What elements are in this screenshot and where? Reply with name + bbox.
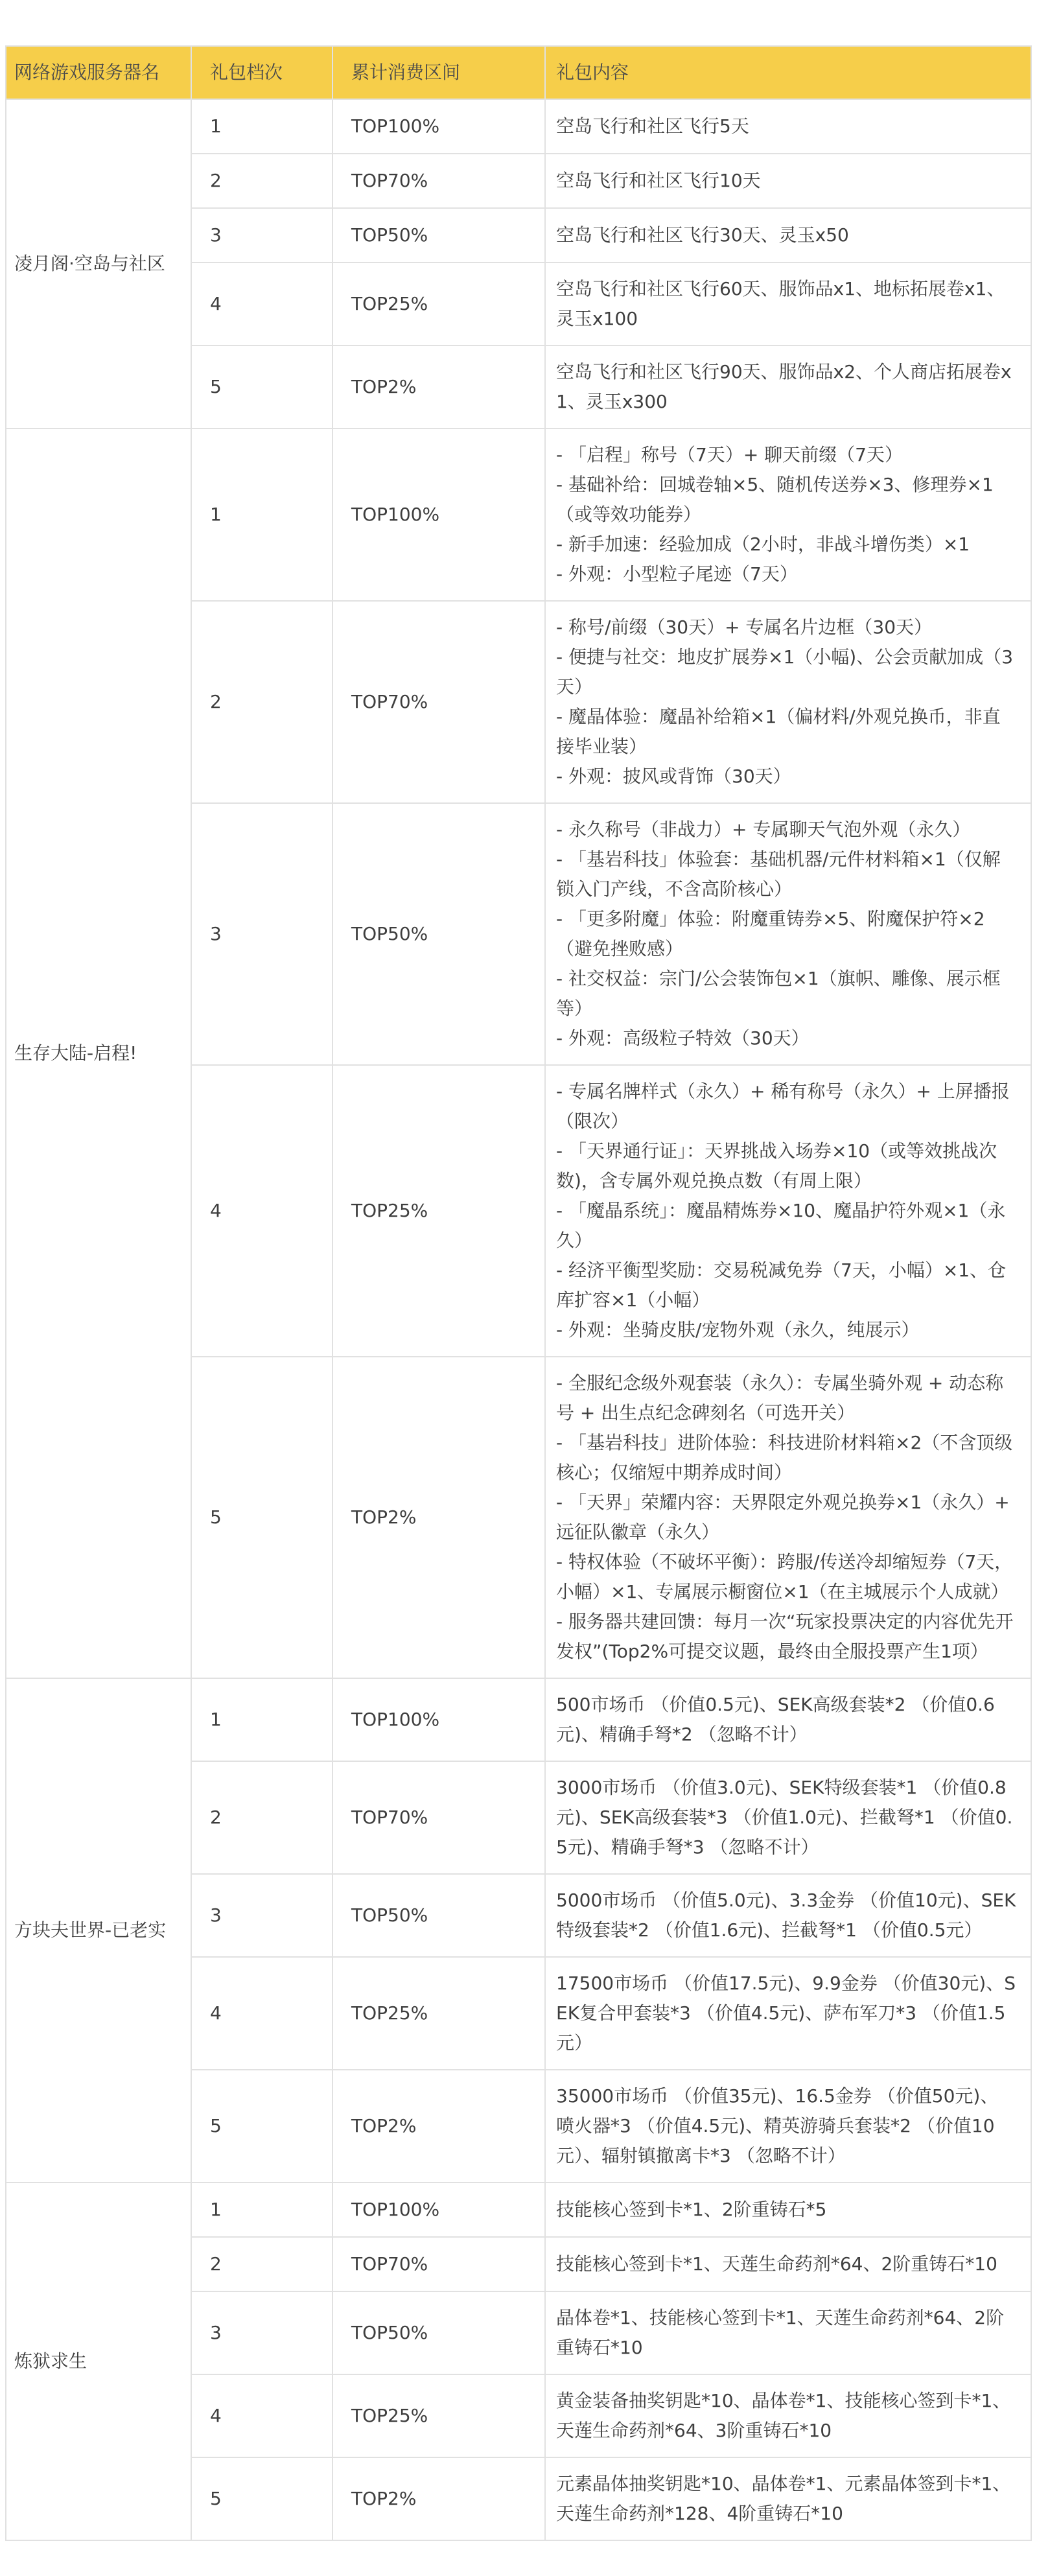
package-content-cell: - 称号/前缀（30天）+ 专属名片边框（30天） - 便捷与社交：地皮扩展券×…	[546, 602, 1031, 802]
server-name-cell: 生存大陆-启程!	[6, 429, 191, 1678]
tier-cell: 2	[192, 602, 332, 802]
package-content-cell: 17500市场币 （价值17.5元)、9.9金券 （价值30元)、SEK复合甲套…	[546, 1958, 1031, 2069]
spend-range-cell: TOP2%	[333, 2458, 544, 2540]
tier-cell: 3	[192, 209, 332, 262]
server-section: 生存大陆-启程!1TOP100%- 「启程」称号（7天）+ 聊天前缀（7天） -…	[6, 429, 1031, 1678]
package-content-cell: 技能核心签到卡*1、天莲生命药剂*64、2阶重铸石*10	[546, 2238, 1031, 2291]
tier-cell: 3	[192, 804, 332, 1064]
spend-range-cell: TOP70%	[333, 2238, 544, 2291]
spend-range-cell: TOP25%	[333, 1066, 544, 1356]
gift-package-table: 网络游戏服务器名 礼包档次 累计消费区间 礼包内容 凌月阁·空岛与社区1TOP1…	[5, 45, 1032, 2541]
spend-range-cell: TOP2%	[333, 1357, 544, 1678]
spend-range-cell: TOP50%	[333, 1875, 544, 1956]
tier-cell: 1	[192, 2183, 332, 2236]
tier-cell: 5	[192, 2070, 332, 2182]
spend-range-cell: TOP100%	[333, 1679, 544, 1761]
header-package-tier: 礼包档次	[192, 47, 332, 99]
spend-range-cell: TOP25%	[333, 263, 544, 345]
spend-range-cell: TOP100%	[333, 429, 544, 600]
package-content-cell: 500市场币 （价值0.5元)、SEK高级套装*2 （价值0.6元)、精确手弩*…	[546, 1679, 1031, 1761]
tier-cell: 2	[192, 154, 332, 207]
header-spend-range: 累计消费区间	[333, 47, 544, 99]
package-content-cell: 技能核心签到卡*1、2阶重铸石*5	[546, 2183, 1031, 2236]
tier-cell: 3	[192, 2292, 332, 2374]
server-section: 方块夫世界-已老实1TOP100%500市场币 （价值0.5元)、SEK高级套装…	[6, 1679, 1031, 2182]
package-content-cell: 空岛飞行和社区飞行90天、服饰品x2、个人商店拓展卷x1、灵玉x300	[546, 346, 1031, 428]
package-content-cell: - 专属名牌样式（永久）+ 稀有称号（永久）+ 上屏播报（限次） - 「天界通行…	[546, 1066, 1031, 1356]
package-content-cell: 元素晶体抽奖钥匙*10、晶体卷*1、元素晶体签到卡*1、天莲生命药剂*128、4…	[546, 2458, 1031, 2540]
package-content-cell: 35000市场币 （价值35元)、16.5金券 （价值50元)、喷火器*3 （价…	[546, 2070, 1031, 2182]
package-content-cell: 空岛飞行和社区飞行10天	[546, 154, 1031, 207]
spend-range-cell: TOP50%	[333, 804, 544, 1064]
spend-range-cell: TOP100%	[333, 2183, 544, 2236]
server-section: 凌月阁·空岛与社区1TOP100%空岛飞行和社区飞行5天2TOP70%空岛飞行和…	[6, 100, 1031, 428]
header-package-content: 礼包内容	[546, 47, 1031, 99]
tier-cell: 4	[192, 1066, 332, 1356]
package-content-cell: - 永久称号（非战力）+ 专属聊天气泡外观（永久） - 「基岩科技」体验套：基础…	[546, 804, 1031, 1064]
spend-range-cell: TOP70%	[333, 602, 544, 802]
spend-range-cell: TOP2%	[333, 346, 544, 428]
package-content-cell: - 全服纪念级外观套装（永久）：专属坐骑外观 + 动态称号 + 出生点纪念碑刻名…	[546, 1357, 1031, 1678]
header-server-name: 网络游戏服务器名	[6, 47, 191, 99]
package-content-cell: 晶体卷*1、技能核心签到卡*1、天莲生命药剂*64、2阶重铸石*10	[546, 2292, 1031, 2374]
package-content-cell: 黄金装备抽奖钥匙*10、晶体卷*1、技能核心签到卡*1、天莲生命药剂*64、3阶…	[546, 2375, 1031, 2457]
tier-cell: 4	[192, 1958, 332, 2069]
tier-cell: 3	[192, 1875, 332, 1956]
package-content-cell: 3000市场币 （价值3.0元)、SEK特级套装*1 （价值0.8元)、SEK高…	[546, 1762, 1031, 1873]
spend-range-cell: TOP50%	[333, 2292, 544, 2374]
package-content-cell: 5000市场币 （价值5.0元)、3.3金券 （价值10元)、SEK特级套装*2…	[546, 1875, 1031, 1956]
tier-cell: 2	[192, 1762, 332, 1873]
tier-cell: 4	[192, 2375, 332, 2457]
tier-cell: 1	[192, 429, 332, 600]
tier-cell: 2	[192, 2238, 332, 2291]
spend-range-cell: TOP25%	[333, 2375, 544, 2457]
spend-range-cell: TOP50%	[333, 209, 544, 262]
spend-range-cell: TOP25%	[333, 1958, 544, 2069]
tier-cell: 5	[192, 346, 332, 428]
server-name-cell: 方块夫世界-已老实	[6, 1679, 191, 2182]
server-section: 炼狱求生1TOP100%技能核心签到卡*1、2阶重铸石*52TOP70%技能核心…	[6, 2183, 1031, 2540]
tier-cell: 1	[192, 1679, 332, 1761]
table-header-row: 网络游戏服务器名 礼包档次 累计消费区间 礼包内容	[6, 47, 1031, 99]
spend-range-cell: TOP70%	[333, 154, 544, 207]
server-name-cell: 炼狱求生	[6, 2183, 191, 2540]
package-content-cell: - 「启程」称号（7天）+ 聊天前缀（7天） - 基础补给：回城卷轴×5、随机传…	[546, 429, 1031, 600]
spend-range-cell: TOP70%	[333, 1762, 544, 1873]
package-content-cell: 空岛飞行和社区飞行5天	[546, 100, 1031, 153]
package-content-cell: 空岛飞行和社区飞行30天、灵玉x50	[546, 209, 1031, 262]
tier-cell: 5	[192, 1357, 332, 1678]
package-content-cell: 空岛飞行和社区飞行60天、服饰品x1、地标拓展卷x1、灵玉x100	[546, 263, 1031, 345]
tier-cell: 5	[192, 2458, 332, 2540]
tier-cell: 4	[192, 263, 332, 345]
spend-range-cell: TOP2%	[333, 2070, 544, 2182]
server-name-cell: 凌月阁·空岛与社区	[6, 100, 191, 428]
spend-range-cell: TOP100%	[333, 100, 544, 153]
tier-cell: 1	[192, 100, 332, 153]
